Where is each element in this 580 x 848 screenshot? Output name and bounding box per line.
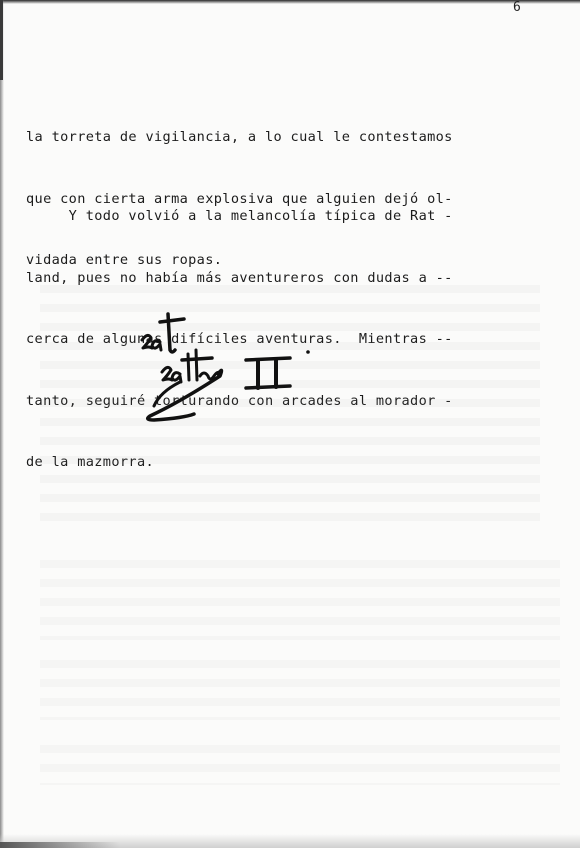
text-line: la torreta de vigilancia, a lo cual le c… — [26, 127, 453, 148]
text-line: Y todo volvió a la melancolía típica de … — [26, 206, 453, 227]
page-number: 6 — [513, 0, 521, 15]
scan-left-edge — [0, 0, 4, 848]
handwritten-signature — [130, 292, 330, 422]
scan-top-edge — [0, 0, 580, 4]
scan-bottom-shadow — [0, 842, 120, 848]
scan-left-edge-dark — [0, 0, 3, 80]
